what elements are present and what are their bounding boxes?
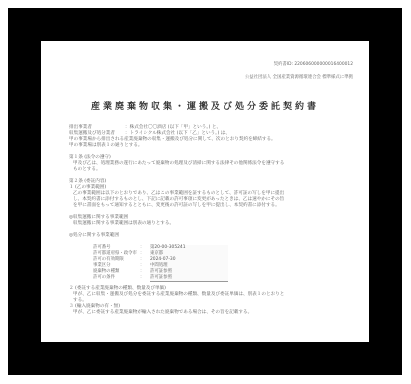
field-label: 廃棄物の種類 — [93, 269, 140, 275]
article1-body2: ものとする。 — [73, 167, 101, 173]
field-colon: ： — [140, 263, 150, 269]
field-label: 許可の条件 — [93, 275, 140, 281]
field-value: 許可証参照 — [150, 275, 228, 282]
field-row-conditions: 許可の条件：許可証参照 — [93, 275, 228, 282]
document-page: 契約書ID: 220606000000016400012 公益社団法人 全国産業… — [41, 41, 369, 342]
transport-scope-body: 収集運搬に関する事業範囲は別表の通りとする。 — [73, 221, 174, 227]
field-colon: ： — [140, 275, 150, 281]
contractor-value: ：トライシクル株式会社 (以下「乙」という。) は、 — [125, 131, 230, 136]
article2-sub2-body1: 甲が、乙に収集・運搬及び処分を委託する産業廃棄物の種類、数量及び委託単価は、別表… — [73, 292, 284, 298]
field-label: 許可番号 — [93, 245, 140, 251]
field-colon: ： — [140, 251, 150, 257]
field-label: 許可都道府県・政令市 — [93, 251, 140, 257]
field-colon: ： — [140, 257, 150, 263]
field-label: 許可の有効期限 — [93, 257, 140, 263]
disposal-scope-heading: ◎処分に関する事業範囲 — [69, 233, 119, 239]
standard-note: 公益社団法人 全国産業資源循環連合会 標準様式に準拠 — [245, 75, 353, 81]
field-colon: ： — [140, 245, 150, 251]
field-colon: ： — [140, 269, 150, 275]
parties-line4: 甲の事業場は別表１の通りとする。 — [69, 143, 143, 149]
article2-sub1-body3: を甲に書面をもって通知するとともに、変更後の許可証の写しを甲に提出し、本契約書に… — [73, 203, 280, 209]
contract-id: 契約書ID: 220606000000016400012 — [274, 62, 353, 68]
article2-sub3-body: 甲が、乙に委託する産業廃棄物が輸入された廃棄物である場合は、その旨を記載する。 — [73, 310, 252, 316]
article1-body1: 甲及び乙は、処理業務の遂行にあたって廃棄物の処理及び清掃に関する法律その他関係法… — [73, 161, 284, 167]
document-title: 産業廃棄物収集・運搬及び処分委託契約書 — [41, 99, 369, 112]
field-label: 事業区分 — [93, 263, 140, 269]
discharger-value: ：株式会社〇〇酒店 (以下「甲」という。) と、 — [125, 125, 221, 130]
